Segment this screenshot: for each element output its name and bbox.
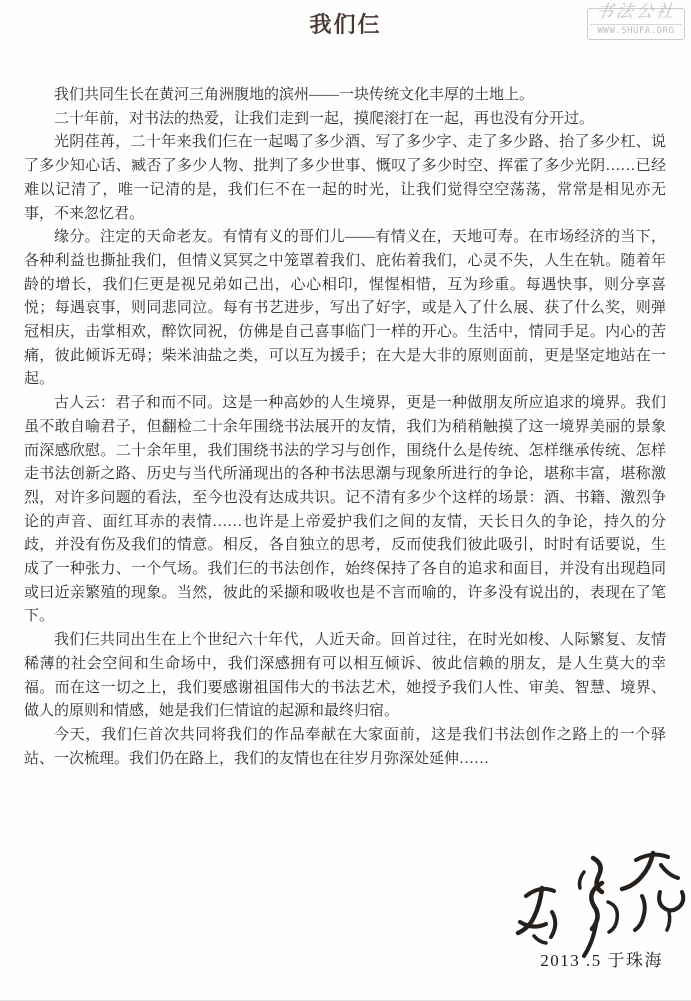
date-and-place: 2013 .5 于珠海: [540, 946, 663, 971]
paragraph: 我们仨共同出生在上个世纪六十年代，人近天命。回首过往，在时光如梭、人际繁复、友情…: [24, 629, 666, 724]
site-watermark: 书法公社 WWW.SHUFA.ORG: [587, 8, 685, 40]
paragraph: 古人云：君子和而不同。这是一种高妙的人生境界，更是一种做朋友所应追求的境界。我们…: [24, 392, 666, 629]
watermark-url: WWW.SHUFA.ORG: [590, 24, 682, 36]
paragraph: 光阴荏苒，二十年来我们仨在一起喝了多少酒、写了多少字、走了多少路、抬了多少杠、说…: [24, 131, 666, 226]
paragraph: 缘分。注定的天命老友。有情有义的哥们儿——有情义在，天地可寿。在市场经济的当下，…: [24, 226, 666, 392]
paragraph: 二十年前，对书法的热爱，让我们走到一起，摸爬滚打在一起，再也没有分开过。: [24, 108, 666, 132]
document-page: 我们仨 书法公社 WWW.SHUFA.ORG 我们共同生长在黄河三角洲腹地的滨州…: [0, 0, 691, 1001]
watermark-brand-calligraphy: 书法公社: [589, 4, 683, 21]
document-body: 我们共同生长在黄河三角洲腹地的滨州——一块传统文化丰厚的土地上。二十年前，对书法…: [24, 84, 666, 771]
paragraph: 我们共同生长在黄河三角洲腹地的滨州——一块传统文化丰厚的土地上。: [24, 84, 666, 108]
paragraph: 今天，我们仨首次共同将我们的作品奉献在大家面前，这是我们书法创作之路上的一个驿站…: [24, 724, 666, 771]
